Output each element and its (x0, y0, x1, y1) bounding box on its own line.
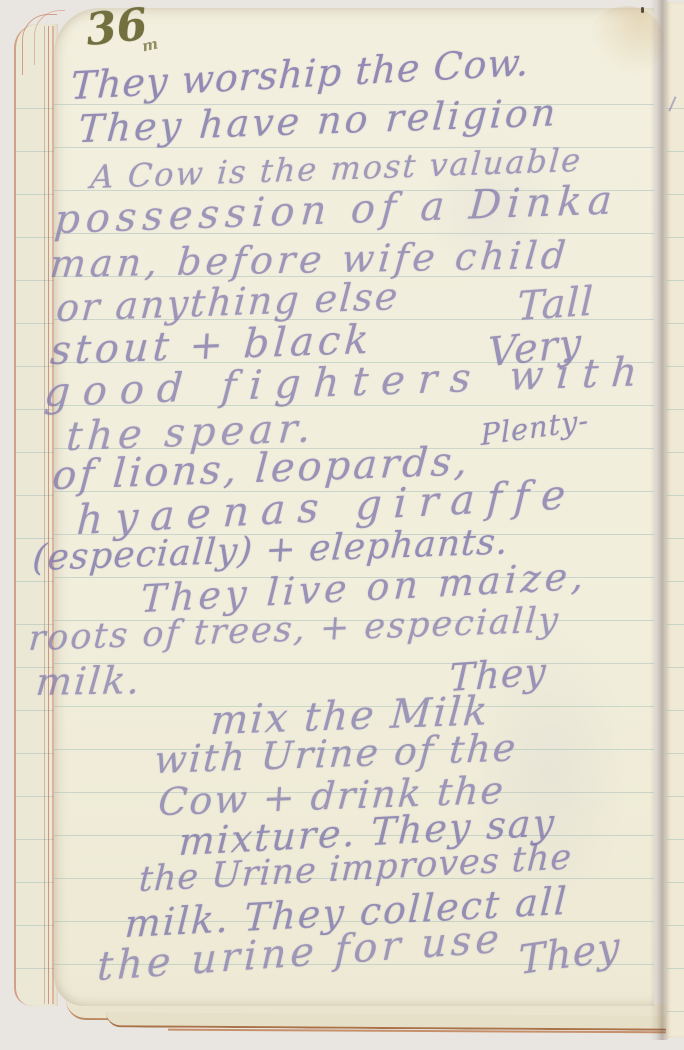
paper-stain (588, 6, 664, 76)
facing-page-ruled-lines (666, 108, 684, 1030)
gutter-speck (641, 7, 644, 13)
bottom-page-edge (168, 1025, 674, 1034)
facing-page-sliver (666, 2, 684, 1038)
page-edge-line (48, 26, 49, 1004)
page-number-mark: m (140, 35, 159, 56)
page-edge-line (44, 26, 45, 1004)
handwritten-line: milk. (34, 658, 143, 704)
notebook-scan: 36 m They worship the Cow. They have no … (0, 0, 684, 1050)
page-number: 36 (84, 0, 150, 56)
